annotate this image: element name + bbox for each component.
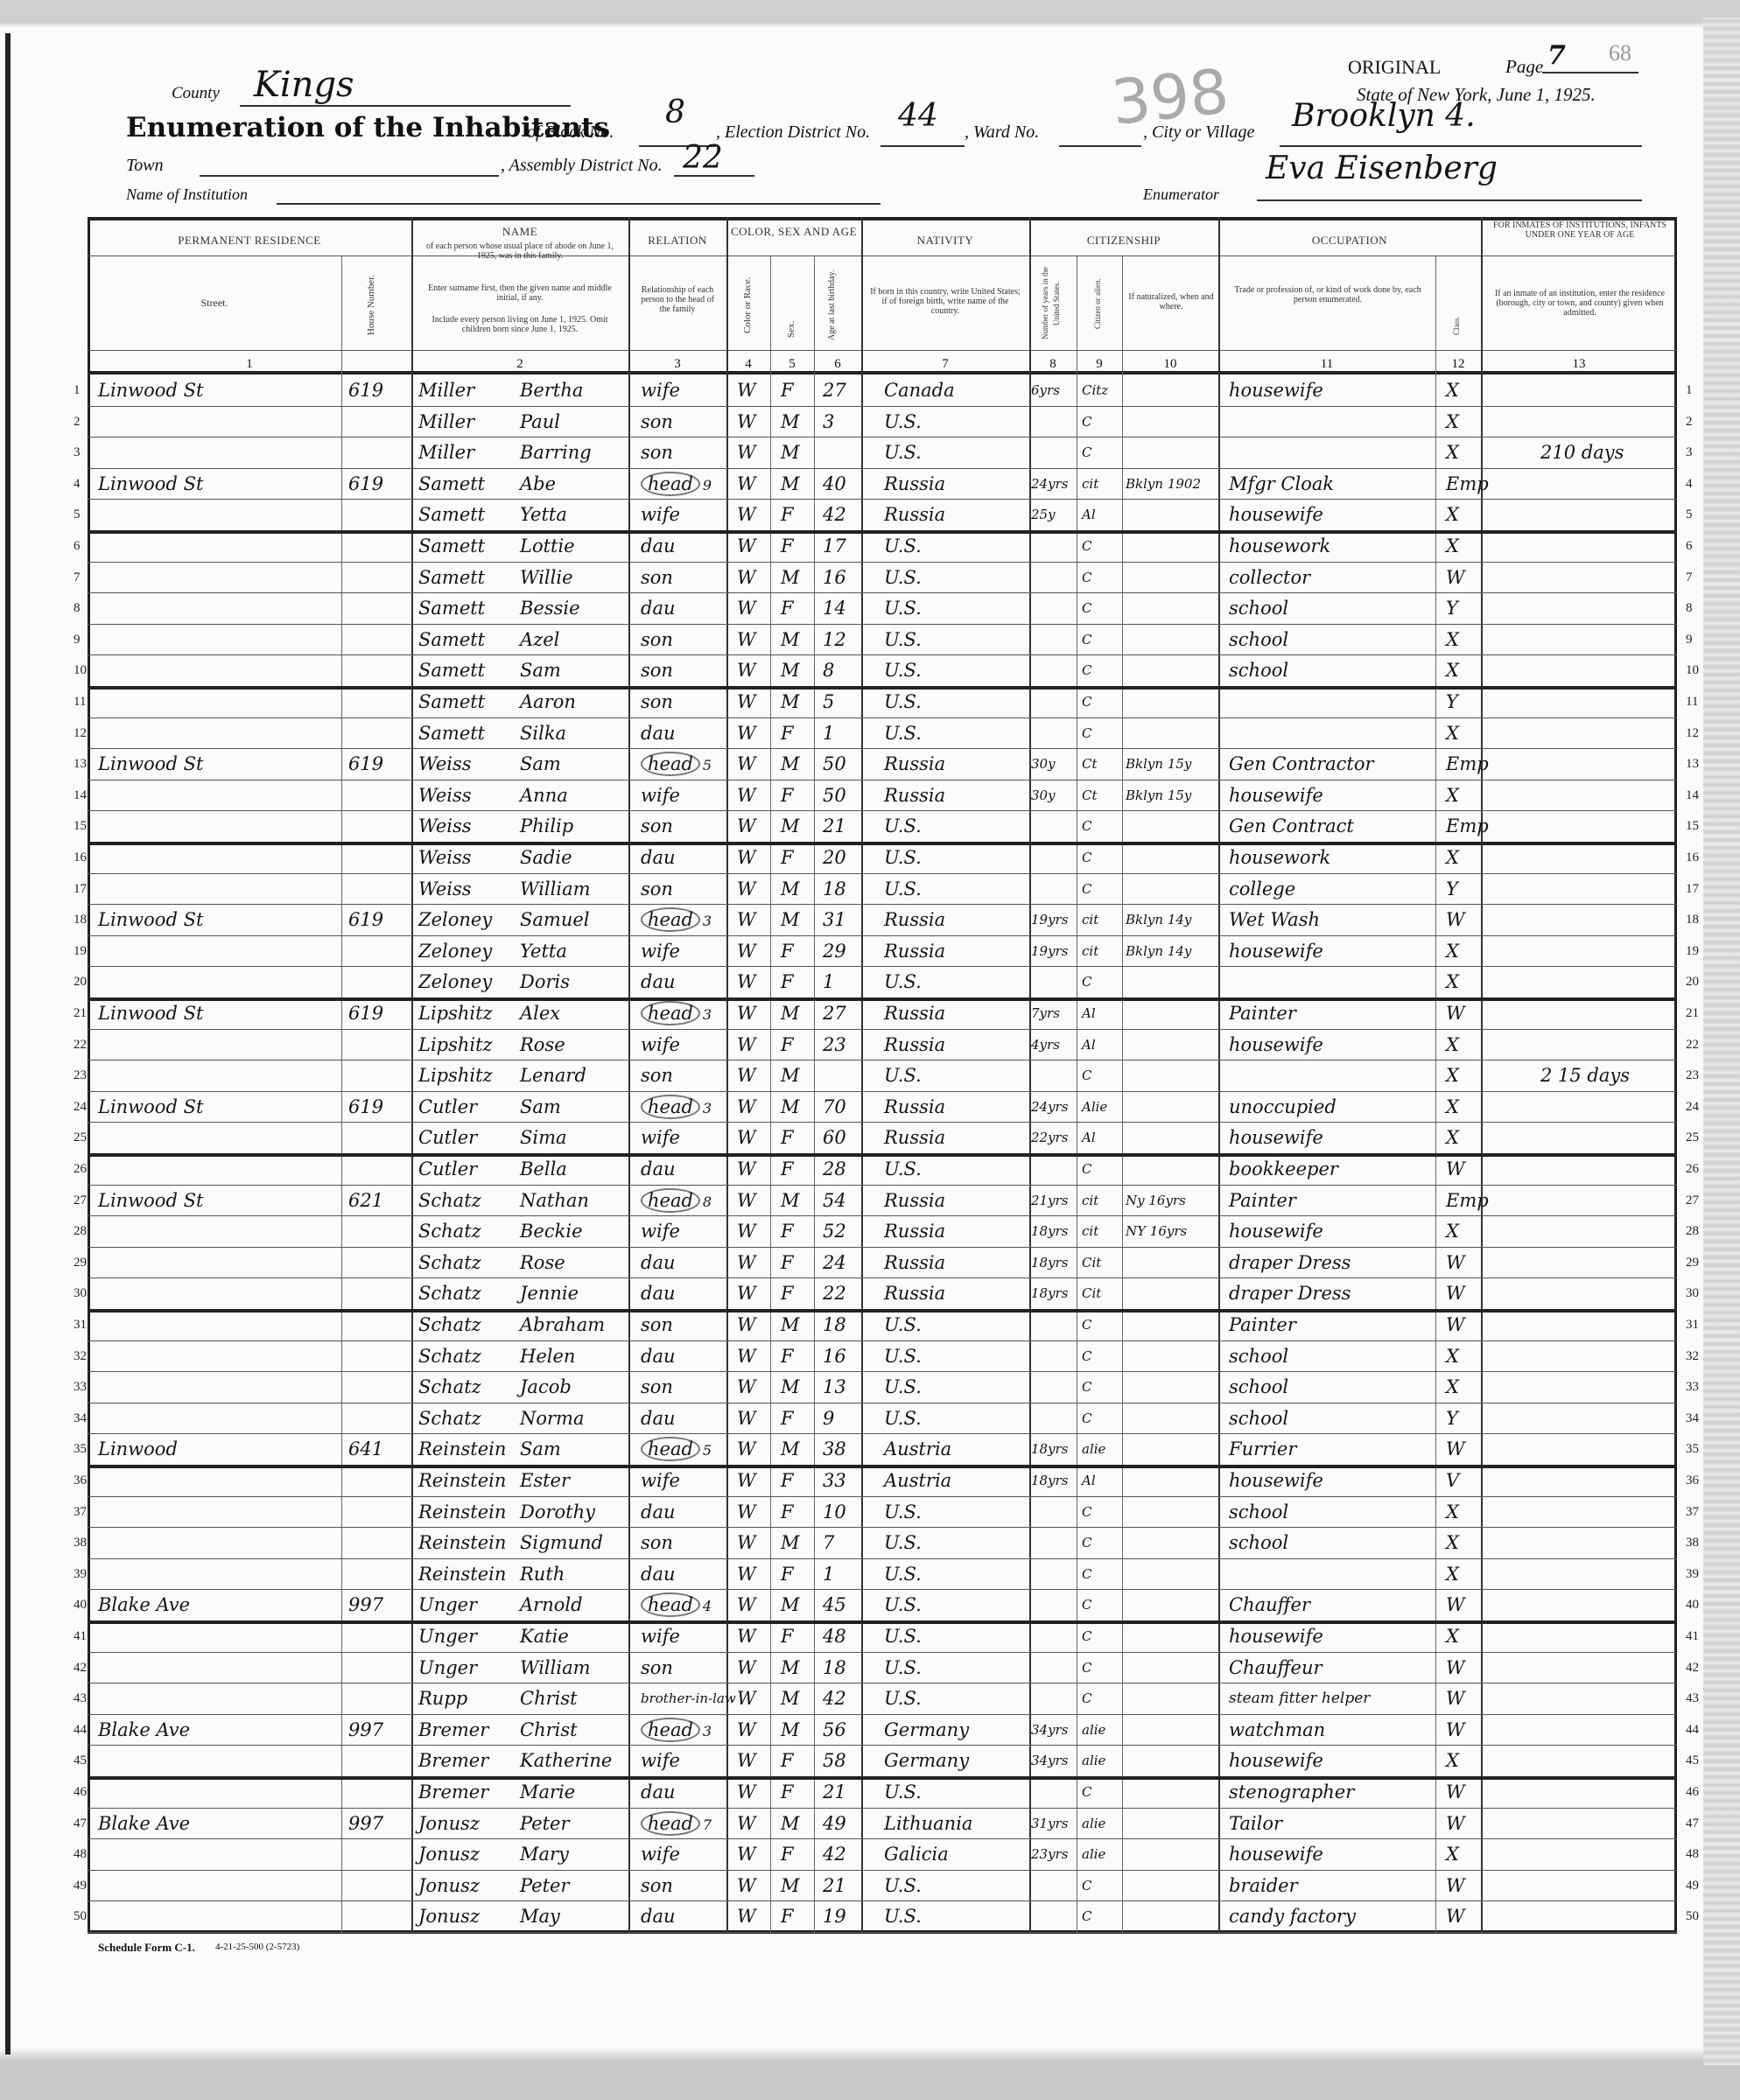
header-nativity: NATIVITY [861, 234, 1029, 246]
nativity-cell: U.S. [884, 1900, 922, 1932]
surname-cell: Reinstein [418, 1496, 506, 1528]
nativity-cell: Russia [884, 780, 945, 811]
given-name-cell: Marie [520, 1776, 575, 1808]
citizenship-cell: C [1082, 1340, 1091, 1372]
color-cell: W [737, 1808, 756, 1839]
surname-cell: Lipshitz [418, 997, 493, 1029]
row-number-right: 8 [1686, 592, 1693, 624]
row-number-right: 43 [1686, 1683, 1699, 1714]
citizenship-cell: alie [1082, 1745, 1105, 1776]
nativity-cell: U.S. [884, 842, 922, 873]
citizenship-cell: C [1082, 1496, 1091, 1528]
class-cell: W [1446, 1714, 1465, 1746]
citizenship-cell: C [1082, 530, 1091, 562]
header-naturalized: If naturalized, when and where. [1126, 292, 1217, 311]
years-in-us-cell: 18yrs [1031, 1215, 1068, 1247]
class-cell: X [1446, 437, 1459, 468]
row-number-left: 26 [74, 1153, 87, 1185]
row-number-left: 3 [74, 437, 81, 468]
class-cell: X [1446, 1029, 1459, 1060]
occupation-cell: housewife [1229, 1215, 1323, 1247]
sex-cell: F [781, 1029, 794, 1060]
sex-cell: M [781, 1091, 800, 1123]
row-number-left: 2 [74, 406, 81, 437]
relation-cell: wife [641, 1029, 680, 1060]
surname-cell: Samett [418, 499, 485, 530]
color-cell: W [737, 1153, 756, 1185]
surname-cell: Samett [418, 530, 485, 562]
relation-cell: dau [641, 1496, 676, 1528]
row-number-right: 47 [1686, 1808, 1699, 1839]
given-name-cell: Arnold [520, 1589, 583, 1620]
age-cell: 13 [823, 1371, 846, 1403]
row-number-right: 31 [1686, 1309, 1699, 1340]
color-cell: W [737, 1309, 756, 1340]
relation-cell: head8 [641, 1185, 712, 1216]
class-cell: X [1446, 1620, 1459, 1652]
class-cell: X [1446, 406, 1459, 437]
sex-cell: M [781, 686, 800, 717]
header-nativity-desc: If born in this country, write United St… [868, 287, 1022, 316]
house-number-cell: 997 [348, 1589, 383, 1620]
row-number-right: 11 [1686, 686, 1698, 717]
occupation-cell: housework [1229, 842, 1330, 873]
row-number-right: 25 [1686, 1122, 1699, 1153]
given-name-cell: Christ [520, 1714, 578, 1746]
given-name-cell: Yetta [520, 499, 567, 530]
age-cell: 12 [823, 624, 846, 655]
class-cell: W [1446, 1277, 1465, 1309]
occupation-cell: housewife [1229, 1029, 1323, 1060]
color-cell: W [737, 1465, 756, 1496]
nativity-cell: Russia [884, 904, 945, 935]
age-cell: 52 [823, 1215, 846, 1247]
age-cell: 42 [823, 1683, 846, 1714]
relation-cell: head7 [641, 1808, 712, 1839]
naturalized-cell: NY 16yrs [1126, 1215, 1187, 1247]
row-number-right: 13 [1686, 748, 1699, 780]
relation-cell: son [641, 1870, 673, 1901]
age-cell: 21 [823, 810, 846, 842]
age-cell: 40 [823, 468, 846, 500]
sex-cell: M [781, 654, 800, 686]
occupation-cell: college [1229, 873, 1295, 905]
relation-cell: wife [641, 1745, 680, 1776]
table-row: 37ReinsteinDorothydauWF10U.S.CschoolX37 [0, 1496, 1740, 1528]
sex-cell: F [781, 499, 794, 530]
class-cell: X [1446, 842, 1459, 873]
street-cell: Linwood St [98, 904, 203, 935]
age-cell: 21 [823, 1776, 846, 1808]
surname-cell: Jonusz [418, 1808, 480, 1839]
table-row: 34SchatzNormadauWF9U.S.CschoolY34 [0, 1403, 1740, 1434]
color-cell: W [737, 966, 756, 997]
citizenship-cell: alie [1082, 1838, 1105, 1870]
class-cell: Y [1446, 592, 1458, 624]
nativity-cell: U.S. [884, 810, 922, 842]
surname-cell: Bremer [418, 1714, 488, 1746]
town-line [200, 175, 499, 177]
class-cell: W [1446, 1870, 1465, 1901]
table-row: 48JonuszMarywifeWF42Galicia23yrsaliehous… [0, 1838, 1740, 1870]
given-name-cell: William [520, 873, 591, 905]
nativity-cell: Russia [884, 1215, 945, 1247]
nativity-cell: Russia [884, 935, 945, 967]
family-size: 9 [703, 477, 712, 493]
class-cell: W [1446, 1652, 1465, 1683]
sex-cell: M [781, 1714, 800, 1746]
relation-cell: son [641, 873, 673, 905]
row-number-right: 48 [1686, 1838, 1699, 1870]
occupation-cell: Painter [1229, 1309, 1296, 1340]
surname-cell: Schatz [418, 1371, 481, 1403]
surname-cell: Weiss [418, 780, 472, 811]
table-row: 23LipshitzLenardsonWMU.S.CX2 15 days23 [0, 1060, 1740, 1091]
occupation-cell: housewife [1229, 1465, 1323, 1496]
row-number-left: 9 [74, 624, 81, 655]
relation-cell: head4 [641, 1589, 712, 1620]
citizenship-cell: cit [1082, 468, 1098, 500]
citizenship-cell: C [1082, 437, 1091, 468]
citizenship-cell: C [1082, 686, 1091, 717]
color-cell: W [737, 1496, 756, 1528]
given-name-cell: Bessie [520, 592, 580, 624]
occupation-cell: school [1229, 624, 1288, 655]
age-cell: 27 [823, 374, 846, 406]
nativity-cell: U.S. [884, 1620, 922, 1652]
ward-label: , Ward No. [965, 122, 1039, 143]
years-in-us-cell: 30y [1031, 748, 1056, 780]
years-in-us-cell: 19yrs [1031, 904, 1068, 935]
row-number-right: 45 [1686, 1745, 1699, 1776]
header-color-sex-age: COLOR, SEX AND AGE [726, 226, 861, 237]
row-number-left: 7 [74, 562, 81, 593]
row-number-left: 10 [74, 654, 87, 686]
class-cell: X [1446, 624, 1459, 655]
relation-cell: son [641, 406, 673, 437]
family-size: 3 [703, 913, 712, 929]
relation-cell: dau [641, 717, 676, 749]
row-number-right: 40 [1686, 1589, 1699, 1620]
header-relation: RELATION [628, 234, 726, 246]
row-number-left: 39 [74, 1558, 87, 1590]
row-number-right: 29 [1686, 1247, 1699, 1278]
row-number-left: 13 [74, 748, 87, 780]
surname-cell: Schatz [418, 1185, 481, 1216]
age-cell: 19 [823, 1900, 846, 1932]
class-cell: W [1446, 904, 1465, 935]
age-cell: 3 [823, 406, 834, 437]
citizenship-cell: C [1082, 1900, 1091, 1932]
years-in-us-cell: 4yrs [1031, 1029, 1060, 1060]
nativity-cell: U.S. [884, 1340, 922, 1372]
row-number-right: 36 [1686, 1465, 1699, 1496]
color-cell: W [737, 562, 756, 593]
surname-cell: Schatz [418, 1215, 481, 1247]
age-cell: 49 [823, 1808, 846, 1839]
header-name: NAME [411, 226, 628, 237]
surname-cell: Reinstein [418, 1433, 506, 1465]
given-name-cell: May [520, 1900, 560, 1932]
occupation-cell: housewife [1229, 780, 1323, 811]
relation-cell: son [641, 810, 673, 842]
color-cell: W [737, 1900, 756, 1932]
infant-age-cell: 210 days [1540, 437, 1624, 468]
relation-cell: son [641, 1060, 673, 1091]
nativity-cell: U.S. [884, 406, 922, 437]
age-cell: 10 [823, 1496, 846, 1528]
family-size: 4 [703, 1598, 712, 1614]
age-cell: 14 [823, 592, 846, 624]
nativity-cell: Germany [884, 1745, 969, 1776]
nativity-cell: Russia [884, 1029, 945, 1060]
age-cell: 17 [823, 530, 846, 562]
occupation-cell: steam fitter helper [1229, 1683, 1370, 1714]
surname-cell: Jonusz [418, 1900, 480, 1932]
sex-cell: F [781, 1465, 794, 1496]
election-value: 44 [898, 98, 938, 134]
surname-cell: Unger [418, 1620, 477, 1652]
surname-cell: Weiss [418, 810, 472, 842]
table-row: 30SchatzJenniedauWF22Russia18yrsCitdrape… [0, 1277, 1740, 1309]
class-cell: Emp [1446, 468, 1489, 500]
citizenship-cell: alie [1082, 1714, 1105, 1746]
header-name-desc-1: of each person whose usual place of abod… [424, 241, 616, 261]
class-cell: X [1446, 530, 1459, 562]
given-name-cell: Barring [520, 437, 592, 468]
given-name-cell: Peter [520, 1808, 570, 1839]
row-number-right: 27 [1686, 1185, 1699, 1216]
row-number-right: 50 [1686, 1900, 1699, 1932]
sex-cell: F [781, 374, 794, 406]
assembly-value: 22 [683, 140, 723, 176]
row-number-right: 2 [1686, 406, 1693, 437]
table-row: 36ReinsteinEsterwifeWF33Austria18yrsAlho… [0, 1465, 1740, 1496]
years-in-us-cell: 22yrs [1031, 1122, 1068, 1153]
house-number-cell: 641 [348, 1433, 383, 1465]
given-name-cell: Alex [520, 997, 560, 1029]
row-number-left: 15 [74, 810, 87, 842]
citizenship-cell: C [1082, 1153, 1091, 1185]
age-cell: 18 [823, 1309, 846, 1340]
surname-cell: Samett [418, 468, 485, 500]
table-row: 35Linwood641ReinsteinSamhead5WM38Austria… [0, 1433, 1740, 1465]
header-relation-desc: Relationship of each person to the head … [635, 285, 719, 314]
occupation-cell: Mfgr Cloak [1229, 468, 1334, 500]
sex-cell: M [781, 873, 800, 905]
class-cell: X [1446, 654, 1459, 686]
row-number-left: 43 [74, 1683, 87, 1714]
row-number-left: 45 [74, 1745, 87, 1776]
age-cell: 16 [823, 562, 846, 593]
citizenship-cell: C [1082, 592, 1091, 624]
given-name-cell: Ruth [520, 1558, 565, 1590]
table-row: 11SamettAaronsonWM5U.S.CY11 [0, 686, 1740, 717]
header-rule [88, 255, 1677, 256]
given-name-cell: Sam [520, 654, 561, 686]
assembly-line [674, 175, 754, 177]
years-in-us-cell: 24yrs [1031, 468, 1068, 500]
row-number-left: 49 [74, 1870, 87, 1901]
header-name-desc-2: Enter surname first, then the given name… [424, 283, 616, 303]
sex-cell: F [781, 592, 794, 624]
citizenship-cell: C [1082, 1683, 1091, 1714]
table-row: 12SamettSilkadauWF1U.S.CX12 [0, 717, 1740, 749]
page-stamp: 68 [1609, 40, 1631, 66]
age-cell: 1 [823, 966, 834, 997]
column-number: 13 [1481, 357, 1677, 372]
citizenship-cell: Ct [1082, 748, 1098, 780]
row-number-left: 25 [74, 1122, 87, 1153]
row-number-right: 39 [1686, 1558, 1699, 1590]
sex-cell: M [781, 1060, 800, 1091]
age-cell: 5 [823, 686, 834, 717]
head-of-household-circle: head [641, 1592, 700, 1617]
nativity-cell: U.S. [884, 562, 922, 593]
color-cell: W [737, 1247, 756, 1278]
color-cell: W [737, 468, 756, 500]
surname-cell: Zeloney [418, 966, 492, 997]
relation-cell: wife [641, 1122, 680, 1153]
relation-cell: wife [641, 1620, 680, 1652]
surname-cell: Zeloney [418, 904, 492, 935]
given-name-cell: Doris [520, 966, 570, 997]
sex-cell: F [781, 1403, 794, 1434]
sex-cell: F [781, 1153, 794, 1185]
table-row: 14WeissAnnawifeWF50Russia30yCtBklyn 15yh… [0, 780, 1740, 811]
row-number-right: 38 [1686, 1527, 1699, 1558]
relation-cell: son [641, 562, 673, 593]
header-class: Class. [1451, 306, 1463, 345]
given-name-cell: Ester [520, 1465, 570, 1496]
color-cell: W [737, 1185, 756, 1216]
relation-cell: wife [641, 374, 680, 406]
relation-cell: brother-in-law [641, 1683, 736, 1714]
surname-cell: Cutler [418, 1122, 477, 1153]
relation-cell: wife [641, 1838, 680, 1870]
class-cell: W [1446, 1309, 1465, 1340]
nativity-cell: U.S. [884, 873, 922, 905]
row-number-right: 42 [1686, 1652, 1699, 1683]
column-number: 9 [1077, 357, 1122, 372]
citizenship-cell: C [1082, 966, 1091, 997]
years-in-us-cell: 18yrs [1031, 1433, 1068, 1465]
surname-cell: Zeloney [418, 935, 492, 967]
occupation-cell: Tailor [1229, 1808, 1282, 1839]
citizenship-cell: C [1082, 1589, 1091, 1620]
row-number-right: 37 [1686, 1496, 1699, 1528]
header-sex: Sex. [786, 315, 797, 343]
row-number-left: 29 [74, 1247, 87, 1278]
nativity-cell: U.S. [884, 1060, 922, 1091]
age-cell: 54 [823, 1185, 846, 1216]
street-cell: Linwood St [98, 374, 203, 406]
given-name-cell: Mary [520, 1838, 569, 1870]
class-cell: Emp [1446, 1185, 1489, 1216]
citizenship-cell: C [1082, 1060, 1091, 1091]
header-citizenship: CITIZENSHIP [1029, 234, 1218, 246]
head-of-household-circle: head [641, 1437, 700, 1461]
header-street: Street. [88, 297, 341, 309]
row-number-left: 18 [74, 904, 87, 935]
row-number-left: 17 [74, 873, 87, 905]
age-cell: 8 [823, 654, 834, 686]
sex-cell: M [781, 1309, 800, 1340]
row-number-left: 46 [74, 1776, 87, 1808]
nativity-cell: U.S. [884, 1558, 922, 1590]
table-row: 40Blake Ave997UngerArnoldhead4WM45U.S.CC… [0, 1589, 1740, 1620]
family-size: 5 [703, 1442, 712, 1459]
sex-cell: F [781, 780, 794, 811]
years-in-us-cell: 18yrs [1031, 1465, 1068, 1496]
class-cell: V [1446, 1465, 1459, 1496]
class-cell: X [1446, 1340, 1459, 1372]
occupation-cell: watchman [1229, 1714, 1325, 1746]
color-cell: W [737, 1215, 756, 1247]
row-number-left: 23 [74, 1060, 87, 1091]
row-number-left: 12 [74, 717, 87, 749]
house-number-cell: 619 [348, 374, 383, 406]
nativity-cell: U.S. [884, 530, 922, 562]
color-cell: W [737, 717, 756, 749]
table-row: 5SamettYettawifeWF42Russia25yAlhousewife… [0, 499, 1740, 530]
surname-cell: Jonusz [418, 1870, 480, 1901]
header-inmates: FOR INMATES OF INSTITUTIONS, INFANTS UND… [1483, 220, 1677, 240]
family-size: 3 [703, 1100, 712, 1116]
head-of-household-circle: head [641, 1188, 700, 1213]
table-row: 4Linwood St619SamettAbehead9WM40Russia24… [0, 468, 1740, 500]
sex-cell: M [781, 1433, 800, 1465]
nativity-cell: U.S. [884, 966, 922, 997]
sex-cell: M [781, 1652, 800, 1683]
citizenship-cell: C [1082, 1371, 1091, 1403]
naturalized-cell: Bklyn 14y [1126, 904, 1191, 935]
relation-cell: head3 [641, 1091, 712, 1123]
table-row: 19ZeloneyYettawifeWF29Russia19yrscitBkly… [0, 935, 1740, 967]
naturalized-cell: Bklyn 14y [1126, 935, 1191, 967]
citizenship-cell: C [1082, 1776, 1091, 1808]
age-cell: 70 [823, 1091, 846, 1123]
citizenship-cell: cit [1082, 904, 1098, 935]
sex-cell: M [781, 997, 800, 1029]
head-of-household-circle: head [641, 1001, 700, 1025]
age-cell: 18 [823, 873, 846, 905]
header-citizen-alien: Citizen or alien. [1092, 266, 1104, 341]
relation-cell: son [641, 1652, 673, 1683]
row-number-right: 17 [1686, 873, 1699, 905]
given-name-cell: Paul [520, 406, 560, 437]
class-cell: X [1446, 499, 1459, 530]
years-in-us-cell: 30y [1031, 780, 1056, 811]
row-number-left: 38 [74, 1527, 87, 1558]
table-row: 21Linwood St619LipshitzAlexhead3WM27Russ… [0, 997, 1740, 1029]
row-number-right: 5 [1686, 499, 1693, 530]
relation-cell: dau [641, 1776, 676, 1808]
class-cell: W [1446, 1247, 1465, 1278]
occupation-cell: school [1229, 1496, 1288, 1528]
table-row: 32SchatzHelendauWF16U.S.CschoolX32 [0, 1340, 1740, 1372]
class-cell: Y [1446, 873, 1458, 905]
given-name-cell: Philip [520, 810, 573, 842]
occupation-cell: collector [1229, 562, 1310, 593]
given-name-cell: Norma [520, 1403, 585, 1434]
occupation-cell: school [1229, 1527, 1288, 1558]
house-number-cell: 621 [348, 1185, 383, 1216]
header-inmates-desc: If an inmate of an institution, enter th… [1488, 289, 1672, 318]
nativity-cell: U.S. [884, 1652, 922, 1683]
citizenship-cell: Al [1082, 1029, 1096, 1060]
given-name-cell: Samuel [520, 904, 590, 935]
